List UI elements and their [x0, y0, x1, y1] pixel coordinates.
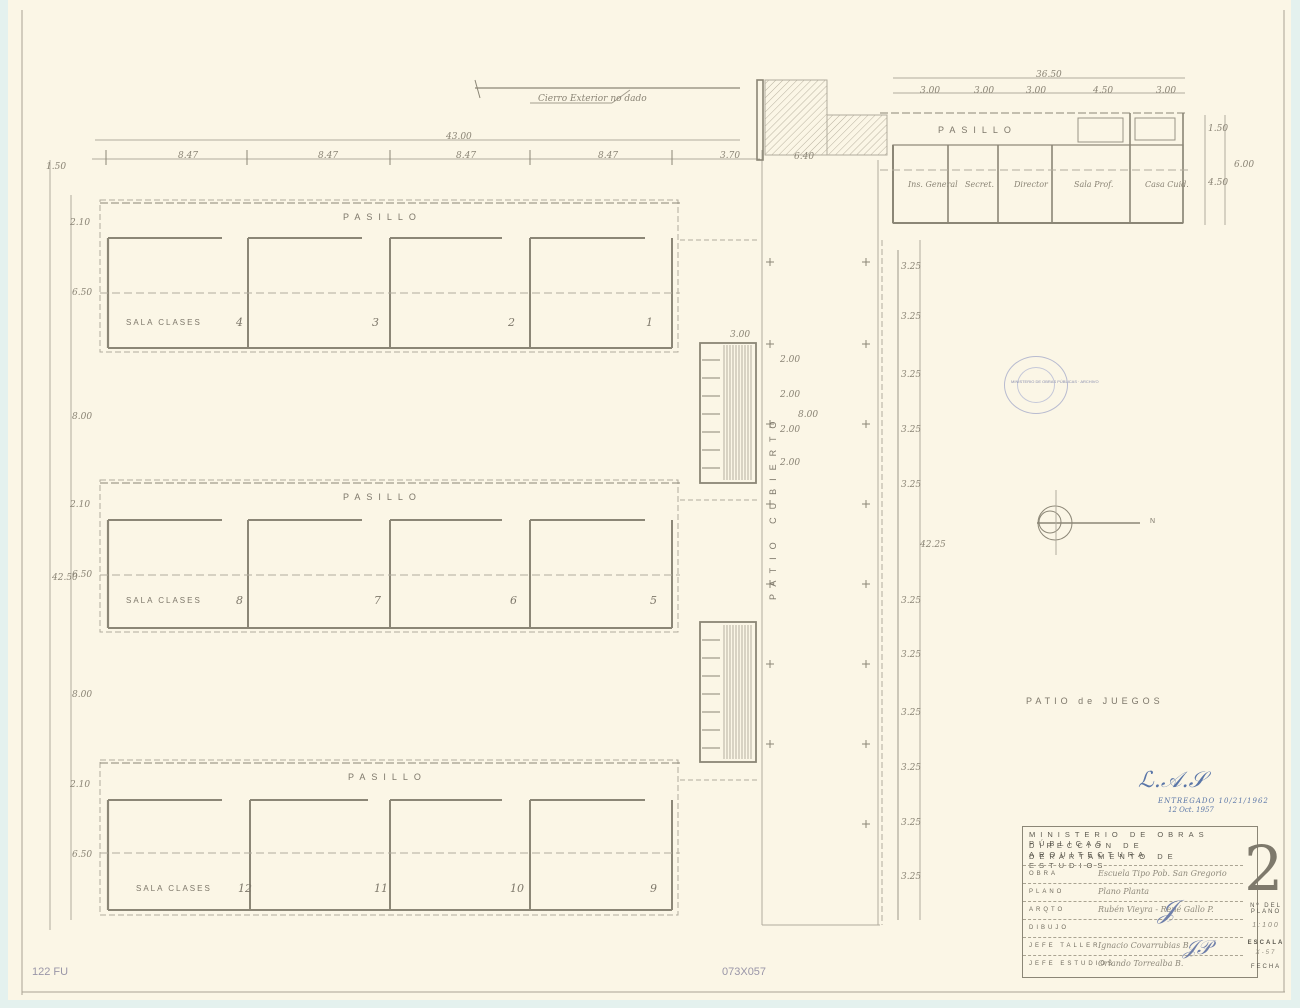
- dim-patio-total: 42.25: [920, 540, 946, 550]
- dim-service-width: 3.00: [730, 330, 750, 340]
- classroom-number: 5: [650, 594, 657, 607]
- dim-service-depth: 2.00: [780, 425, 800, 435]
- dim-admin-bay: 3.00: [920, 86, 940, 96]
- title-block: MINISTERIO DE OBRAS PÚBLICAS DIRECCION D…: [1022, 826, 1258, 978]
- classroom-number: 10: [510, 882, 524, 895]
- classroom-number: 3: [372, 316, 379, 329]
- archive-stamp: MINISTERIO DE OBRAS PÚBLICAS · ARCHIVO: [1004, 356, 1068, 414]
- dim-patio-bay: 3.25: [901, 708, 921, 718]
- dim-admin-bay: 3.00: [1156, 86, 1176, 96]
- admin-room-director: Director: [1014, 180, 1048, 189]
- dim-admin-bay: 3.00: [1026, 86, 1046, 96]
- dim-admin-bay: 3.00: [974, 86, 994, 96]
- dim-bay: 8.47: [598, 151, 618, 161]
- dim-block-depth: 8.00: [72, 412, 92, 422]
- dim-bay: 3.70: [720, 151, 740, 161]
- dim-patio-bay: 3.25: [901, 596, 921, 606]
- dim-admin-depth: 4.50: [1208, 178, 1228, 188]
- title-row-obra: OBRAEscuela Tipo Pob. San Gregorio: [1023, 865, 1243, 884]
- stamp-inner-ring: [1017, 367, 1055, 403]
- title-block-signature: 𝒥: [1158, 895, 1176, 926]
- classroom-block-3-label: SALA CLASES: [136, 884, 212, 893]
- sheet-number: 2: [1244, 832, 1283, 905]
- margin-note-left: 122 FU: [32, 966, 68, 978]
- pasillo-label-3: PASILLO: [348, 772, 427, 782]
- dim-bay: 8.47: [318, 151, 338, 161]
- dim-block-depth: 2.10: [70, 500, 90, 510]
- cierro-exterior-note: Cierro Exterior no dado: [538, 94, 647, 104]
- dim-gap: 6.40: [794, 152, 814, 162]
- dim-admin-bay: 4.50: [1093, 86, 1113, 96]
- dim-patio-bay: 3.25: [901, 312, 921, 322]
- title-row-arqto: ARQTORubén Vieyra - René Gallo P.: [1023, 901, 1243, 920]
- patio-cubierto-label: PATIO CUBIERTO: [768, 414, 778, 600]
- dim-admin-overall: 36.50: [1036, 70, 1062, 80]
- admin-room-secretaria: Secret.: [965, 180, 994, 189]
- dim-patio-bay: 3.25: [901, 425, 921, 435]
- classroom-number: 12: [238, 882, 252, 895]
- signature-mark: ℒ.𝒜.𝒮: [1138, 768, 1206, 793]
- stamp-text: MINISTERIO DE OBRAS PÚBLICAS · ARCHIVO: [1011, 379, 1099, 384]
- delivery-note: ENTREGADO 10/21/1962: [1158, 797, 1269, 805]
- admin-room-casa-cuid: Casa Cuid.: [1145, 180, 1189, 189]
- dim-service-depth: 2.00: [780, 355, 800, 365]
- date-value: X-57: [1240, 950, 1292, 956]
- classroom-number: 11: [374, 882, 388, 895]
- dim-block-depth: 6.50: [72, 288, 92, 298]
- dim-admin-depth: 6.00: [1234, 160, 1254, 170]
- dim-patio-bay: 3.25: [901, 872, 921, 882]
- dim-block-depth: 2.10: [70, 780, 90, 790]
- dim-service-total: 8.00: [798, 410, 818, 420]
- date-label: FECHA: [1240, 964, 1292, 970]
- admin-pasillo-label: PASILLO: [938, 125, 1017, 135]
- north-label: N: [1150, 518, 1155, 525]
- classroom-number: 8: [236, 594, 243, 607]
- admin-room-sala-prof: Sala Prof.: [1074, 180, 1113, 189]
- dim-patio-bay: 3.25: [901, 262, 921, 272]
- dim-patio-bay: 3.25: [901, 650, 921, 660]
- dim-bay: 8.47: [456, 151, 476, 161]
- classroom-block-2-label: SALA CLASES: [126, 596, 202, 605]
- dim-block-depth: 8.00: [72, 690, 92, 700]
- margin-note-center: 073X057: [722, 966, 766, 978]
- scale-label: ESCALA: [1240, 940, 1292, 946]
- dim-overall-width: 43.00: [446, 132, 472, 142]
- classroom-number: 2: [508, 316, 515, 329]
- dim-patio-bay: 3.25: [901, 480, 921, 490]
- dim-admin-depth: 1.50: [1208, 124, 1228, 134]
- admin-room-ins-general: Ins. General: [908, 180, 958, 189]
- dim-patio-bay: 3.25: [901, 370, 921, 380]
- classroom-number: 6: [510, 594, 517, 607]
- title-block-signature: 𝒥𝒫: [1183, 935, 1211, 959]
- title-row-plano: PLANOPlano Planta: [1023, 883, 1243, 902]
- classroom-number: 9: [650, 882, 657, 895]
- plan-number-label: Nº DEL PLANO: [1240, 903, 1292, 915]
- pasillo-label-1: PASILLO: [343, 212, 422, 222]
- dim-bay: 8.47: [178, 151, 198, 161]
- pasillo-label-2: PASILLO: [343, 492, 422, 502]
- classroom-block-1-label: SALA CLASES: [126, 318, 202, 327]
- drawing-sheet: Cierro Exterior no dado PASILLO PASILLO …: [8, 0, 1291, 1000]
- dim-patio-bay: 3.25: [901, 763, 921, 773]
- patio-juegos-label: PATIO de JUEGOS: [1026, 696, 1164, 706]
- delivery-date: 12 Oct. 1957: [1168, 806, 1214, 814]
- dim-left-total: 42.50: [52, 573, 78, 583]
- dim-service-depth: 2.00: [780, 458, 800, 468]
- dim-left: 1.50: [46, 162, 66, 172]
- dim-block-depth: 2.10: [70, 218, 90, 228]
- dim-patio-bay: 3.25: [901, 818, 921, 828]
- dim-block-depth: 6.50: [72, 850, 92, 860]
- dim-service-depth: 2.00: [780, 390, 800, 400]
- scale-value: 1:100: [1240, 922, 1292, 929]
- classroom-number: 4: [236, 316, 243, 329]
- classroom-number: 7: [374, 594, 381, 607]
- classroom-number: 1: [646, 316, 653, 329]
